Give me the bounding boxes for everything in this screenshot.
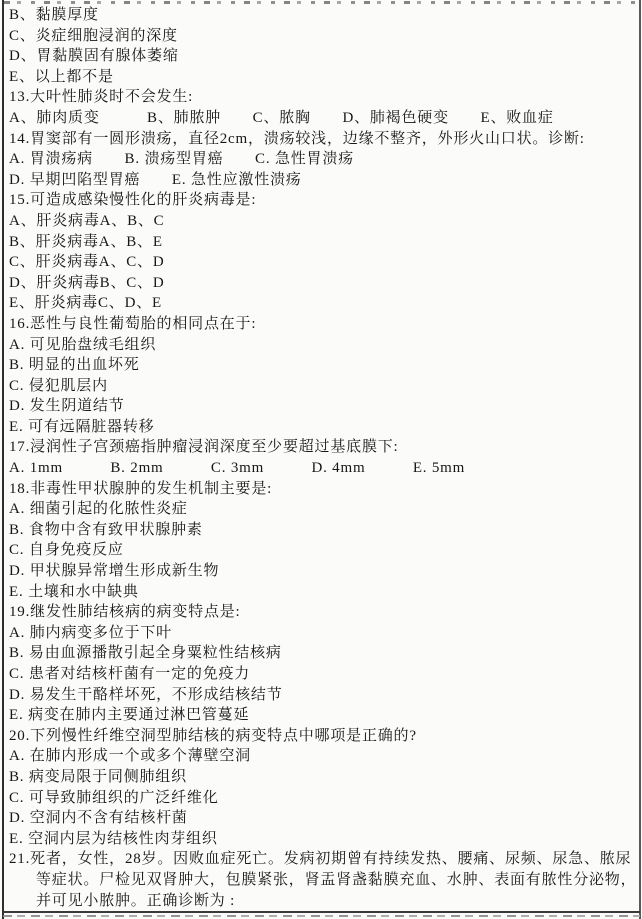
exam-line: B. 病变局限于同侧肺组织	[9, 767, 637, 788]
exam-line: B. 易由血源播散引起全身粟粒性结核病	[9, 643, 637, 664]
exam-line: 13.大叶性肺炎时不会发生:	[9, 87, 637, 108]
exam-line: D、胃黏膜固有腺体萎缩	[9, 46, 637, 67]
exam-text-block: B、黏膜厚度C、炎症细胞浸润的深度D、胃黏膜固有腺体萎缩E、以上都不是13.大叶…	[9, 5, 637, 911]
exam-line: D. 易发生干酪样坏死，不形成结核结节	[9, 685, 637, 706]
exam-line: E、肝炎病毒C、D、E	[9, 293, 637, 314]
exam-line: C. 可导致肺组织的广泛纤维化	[9, 788, 637, 809]
exam-line: D、肝炎病毒B、C、D	[9, 273, 637, 294]
exam-line: D. 空洞内不含有结核杆菌	[9, 808, 637, 829]
exam-line: B、黏膜厚度	[9, 5, 637, 26]
exam-line: A. 在肺内形成一个或多个薄壁空洞	[9, 746, 637, 767]
exam-line: B. 明显的出血坏死	[9, 355, 637, 376]
exam-line: C. 侵犯肌层内	[9, 376, 637, 397]
scan-border-right	[639, 0, 641, 919]
exam-line: A. 细菌引起的化脓性炎症	[9, 499, 637, 520]
exam-line: 16.恶性与良性葡萄胎的相同点在于:	[9, 314, 637, 335]
exam-line: C、肝炎病毒A、C、D	[9, 252, 637, 273]
exam-line: A. 1mm B. 2mm C. 3mm D. 4mm E. 5mm	[9, 458, 637, 479]
exam-line: 20.下列慢性纤维空洞型肺结核的病变特点中哪项是正确的?	[9, 726, 637, 747]
scan-border-left	[2, 0, 4, 919]
exam-line: A. 胃溃疡病 B. 溃疡型胃癌 C. 急性胃溃疡	[9, 149, 637, 170]
exam-line: 15.可造成感染慢性化的肝炎病毒是:	[9, 190, 637, 211]
scan-border-top	[4, 1, 639, 4]
exam-line: 17.浸润性子宫颈癌指肿瘤浸润深度至少要超过基底膜下:	[9, 437, 637, 458]
exam-line: 14.胃窦部有一圆形溃疡，直径2cm，溃疡较浅，边缘不整齐，外形火山口状。诊断:	[9, 129, 637, 150]
exam-line: B、肝炎病毒A、B、E	[9, 232, 637, 253]
exam-line: 21.死者，女性，28岁。因败血症死亡。发病初期曾有持续发热、腰痛、尿频、尿急、…	[9, 849, 637, 870]
exam-line: E. 土壤和水中缺典	[9, 582, 637, 603]
exam-line: C. 自身免疫反应	[9, 540, 637, 561]
exam-line: A. 可见胎盘绒毛组织	[9, 335, 637, 356]
exam-line: C. 患者对结核杆菌有一定的免疫力	[9, 664, 637, 685]
exam-line: D. 早期凹陷型胃癌 E. 急性应激性溃疡	[9, 170, 637, 191]
exam-paper-page: B、黏膜厚度C、炎症细胞浸润的深度D、胃黏膜固有腺体萎缩E、以上都不是13.大叶…	[0, 0, 642, 919]
scan-border-bottom-dashed	[3, 915, 640, 917]
exam-line: A、肺肉质变 B、肺脓肿 C、脓胸 D、肺褐色硬变 E、败血症	[9, 108, 637, 129]
exam-line: E. 病变在肺内主要通过淋巴管蔓延	[9, 705, 637, 726]
exam-line: D. 甲状腺异常增生形成新生物	[9, 561, 637, 582]
exam-line: B. 食物中含有致甲状腺肿素	[9, 520, 637, 541]
exam-line: 18.非毒性甲状腺肿的发生机制主要是:	[9, 479, 637, 500]
exam-line: E. 可有远隔脏器转移	[9, 417, 637, 438]
exam-line: E. 空洞内层为结核性肉芽组织	[9, 829, 637, 850]
exam-line: 并可见小脓肿。正确诊断为 :	[9, 891, 637, 912]
scan-border-bottom	[3, 911, 640, 913]
exam-line: A. 肺内病变多位于下叶	[9, 623, 637, 644]
exam-line: 等症状。尸检见双肾肿大，包膜紧张，肾盂肾盏黏膜充血、水肿、表面有脓性分泌物，	[9, 870, 637, 891]
exam-line: C、炎症细胞浸润的深度	[9, 26, 637, 47]
exam-line: 19.继发性肺结核病的病变特点是:	[9, 602, 637, 623]
exam-line: A、肝炎病毒A、B、C	[9, 211, 637, 232]
exam-line: E、以上都不是	[9, 67, 637, 88]
exam-line: D. 发生阴道结节	[9, 396, 637, 417]
